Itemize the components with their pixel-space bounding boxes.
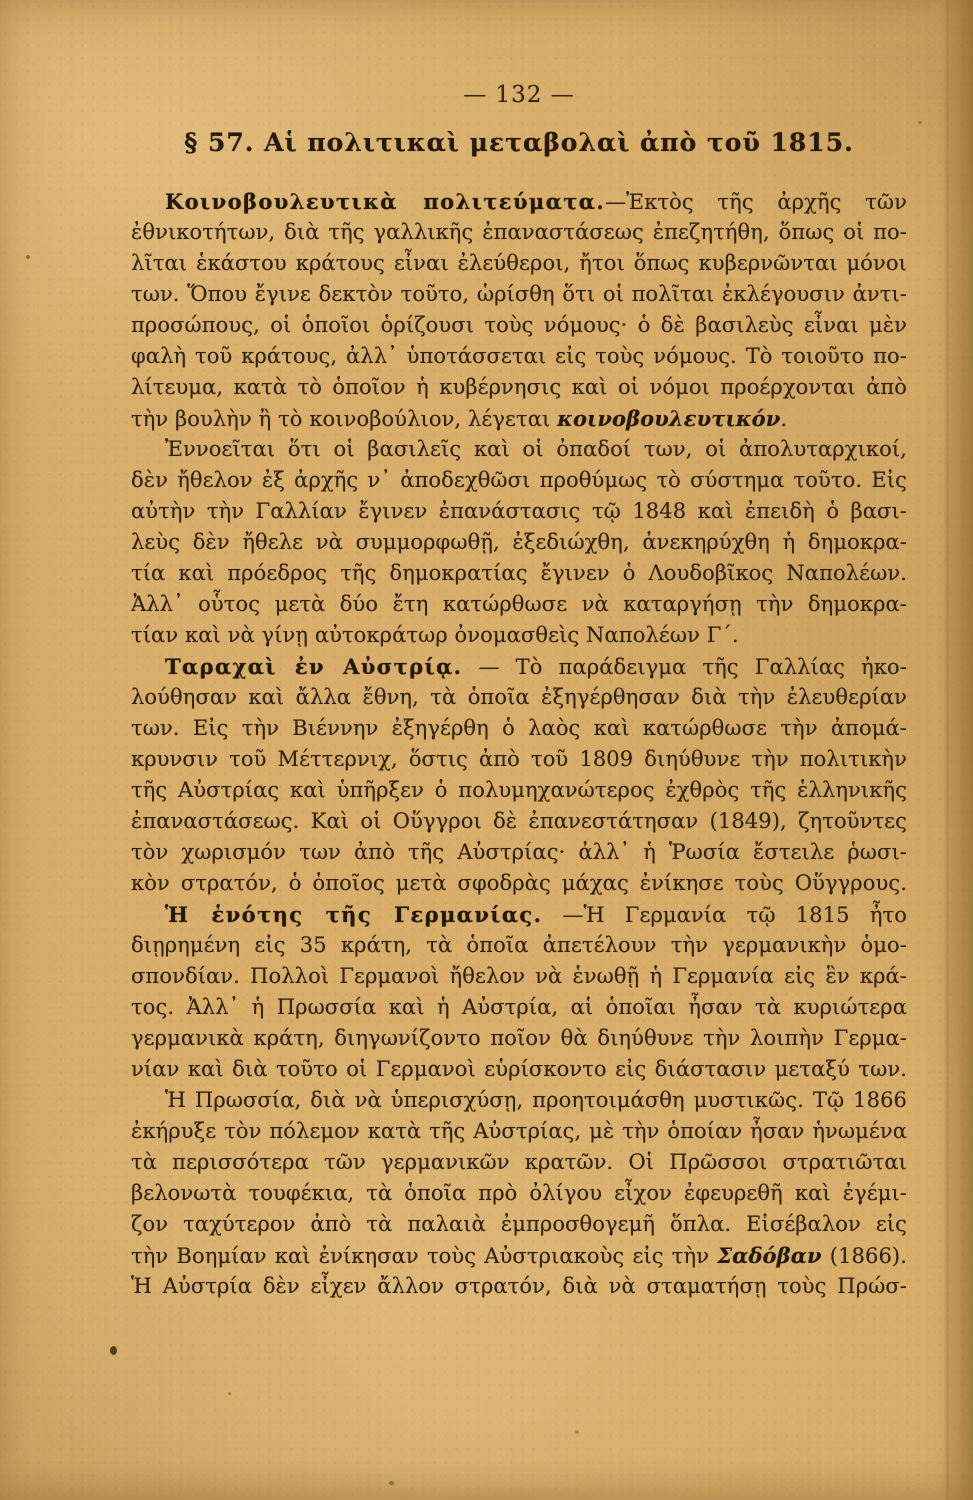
ink-speck — [228, 1392, 231, 1395]
paragraph-lead: Ταραχαὶ ἐν Αὐστρίᾳ. — [165, 654, 462, 679]
ink-speck — [918, 121, 922, 124]
text-segment: —Ἡ Γερμανία τῷ 1815 ἦτο — [542, 903, 907, 927]
text-line: τίαν καὶ νὰ γίνῃ αὐτοκράτωρ ὀνομασθεὶς Ν… — [131, 620, 907, 651]
text-line: δὲν ἤθελον ἐξ ἀρχῆς ν᾽ ἀποδεχθῶσι προθύμ… — [131, 465, 907, 496]
text-line: λῖται ἑκάστου κράτους εἶναι ἐλεύθεροι, ἤ… — [131, 248, 907, 279]
text-line: τος. Ἀλλ᾽ ἡ Πρωσσία καὶ ἡ Αὐστρία, αἱ ὁπ… — [131, 992, 907, 1023]
text-line: κρυνσιν τοῦ Μέττερνιχ, ὅστις ἀπὸ τοῦ 180… — [131, 744, 907, 775]
text-line: τὴν Βοημίαν καὶ ἐνίκησαν τοὺς Αὐστριακοὺ… — [131, 1240, 907, 1271]
text-line: Ἡ Πρωσσία, διὰ νὰ ὑπερισχύσῃ, προητοιμάσ… — [131, 1085, 907, 1116]
paragraph-lead: Κοινοβουλευτικὰ πολιτεύματα. — [165, 189, 605, 214]
text-line: ἐκήρυξε τὸν πόλεμον κατὰ τῆς Αὐστρίας, μ… — [131, 1116, 907, 1147]
text-line: ἐθνικοτήτων, διὰ τῆς γαλλικῆς ἐπαναστάσε… — [131, 217, 907, 248]
page-edge-crease — [946, 0, 949, 1500]
text-line: λούθησαν καὶ ἄλλα ἔθνη, τὰ ὁποῖα ἐξηγέρθ… — [131, 682, 907, 713]
ink-speck — [110, 1346, 117, 1355]
text-line: των. Εἰς τὴν Βιέννην ἐξηγέρθη ὁ λαὸς καὶ… — [131, 713, 907, 744]
text-segment: τὴν Βοημίαν καὶ ἐνίκησαν τοὺς Αὐστριακοὺ… — [131, 1244, 717, 1268]
text-line: κὸν στρατόν, ὁ ὁποῖος μετὰ σφοδρὰς μάχας… — [131, 868, 907, 899]
text-line: ἐπαναστάσεως. Καὶ οἱ Οὕγγροι δὲ ἐπανεστά… — [131, 806, 907, 837]
text-line: βελονωτὰ τουφέκια, τὰ ὁποῖα πρὸ ὀλίγου ε… — [131, 1178, 907, 1209]
text-line: τὰ περισσότερα τῶν γερμανικῶν κρατῶν. Οἱ… — [131, 1147, 907, 1178]
text-line: Κοινοβουλευτικὰ πολιτεύματα.—Ἐκτὸς τῆς ἀ… — [131, 186, 907, 217]
text-line: τία καὶ πρόεδρος τῆς δημοκρατίας ἔγινεν … — [131, 558, 907, 589]
page-edge-shadow — [950, 0, 973, 1500]
text-line: Ἡ Αὐστρία δὲν εἶχεν ἄλλον στρατόν, διὰ ν… — [131, 1271, 907, 1302]
text-segment: . — [780, 407, 787, 431]
text-line: τὸν χωρισμόν των ἀπὸ τῆς Αὐστρίας· ἀλλ᾽ … — [131, 837, 907, 868]
text-line: τὴν βουλὴν ἢ τὸ κοινοβούλιον, λέγεται κο… — [131, 403, 907, 434]
ink-speck — [389, 1481, 394, 1485]
text-segment: —Ἐκτὸς τῆς ἀρχῆς τῶν — [605, 190, 907, 214]
text-line: αὐτὴν τὴν Γαλλίαν ἔγινεν ἐπανάστασις τῷ … — [131, 496, 907, 527]
text-block: Κοινοβουλευτικὰ πολιτεύματα.—Ἐκτὸς τῆς ἀ… — [131, 186, 907, 1302]
section-heading: § 57. Αἱ πολιτικαὶ μεταβολαὶ ἀπὸ τοῦ 181… — [111, 128, 927, 157]
text-line: των. Ὅπου ἔγινε δεκτὸν τοῦτο, ὡρίσθη ὅτι… — [131, 279, 907, 310]
page-number: — 132 — — [131, 82, 907, 108]
text-segment: τὴν βουλὴν ἢ τὸ κοινοβούλιον, λέγεται — [131, 407, 557, 431]
scanned-book-page: — 132 — § 57. Αἱ πολιτικαὶ μεταβολαὶ ἀπὸ… — [0, 0, 973, 1500]
text-line: σπονδίαν. Πολλοὶ Γερμανοὶ ἤθελον νὰ ἑνωθ… — [131, 961, 907, 992]
emphasized-term: Σαδόβαν — [717, 1243, 821, 1268]
text-line: Ταραχαὶ ἐν Αὐστρίᾳ. — Τὸ παράδειγμα τῆς … — [131, 651, 907, 682]
text-line: Ἐννοεῖται ὅτι οἱ βασιλεῖς καὶ οἱ ὀπαδοί … — [131, 434, 907, 465]
text-line: ζον ταχύτερον ἀπὸ τὰ παλαιὰ ἐμπροσθογεμῆ… — [131, 1209, 907, 1240]
text-line: γερμανικὰ κράτη, διηγωνίζοντο ποῖον θὰ δ… — [131, 1023, 907, 1054]
text-line: νίαν καὶ διὰ τοῦτο οἱ Γερμανοὶ εὑρίσκοντ… — [131, 1054, 907, 1085]
text-segment: (1866). — [822, 1244, 907, 1268]
text-segment: — Τὸ παράδειγμα τῆς Γαλλίας ἠκο- — [462, 655, 907, 679]
text-line: τῆς Αὐστρίας καὶ ὑπῆρξεν ὁ πολυμηχανώτερ… — [131, 775, 907, 806]
text-line: προσώπους, οἱ ὁποῖοι ὁρίζουσι τοὺς νόμου… — [131, 310, 907, 341]
ink-speck — [575, 1430, 579, 1434]
text-line: φαλὴ τοῦ κράτους, ἀλλ᾽ ὑποτάσσεται εἰς τ… — [131, 341, 907, 372]
text-line: Ἡ ἑνότης τῆς Γερμανίας. —Ἡ Γερμανία τῷ 1… — [131, 899, 907, 930]
text-line: διῃρημένη εἰς 35 κράτη, τὰ ὁποῖα ἀπετέλο… — [131, 930, 907, 961]
text-line: Ἀλλ᾽ οὗτος μετὰ δύο ἔτη κατώρθωσε νὰ κατ… — [131, 589, 907, 620]
text-line: λεὺς δὲν ἤθελε νὰ συμμορφωθῇ, ἐξεδιώχθη,… — [131, 527, 907, 558]
emphasized-term: κοινοβουλευτικόν — [557, 406, 780, 431]
paragraph-lead: Ἡ ἑνότης τῆς Γερμανίας. — [165, 902, 542, 927]
text-line: λίτευμα, κατὰ τὸ ὁποῖον ἡ κυβέρνησις καὶ… — [131, 372, 907, 403]
ink-speck — [26, 255, 30, 259]
